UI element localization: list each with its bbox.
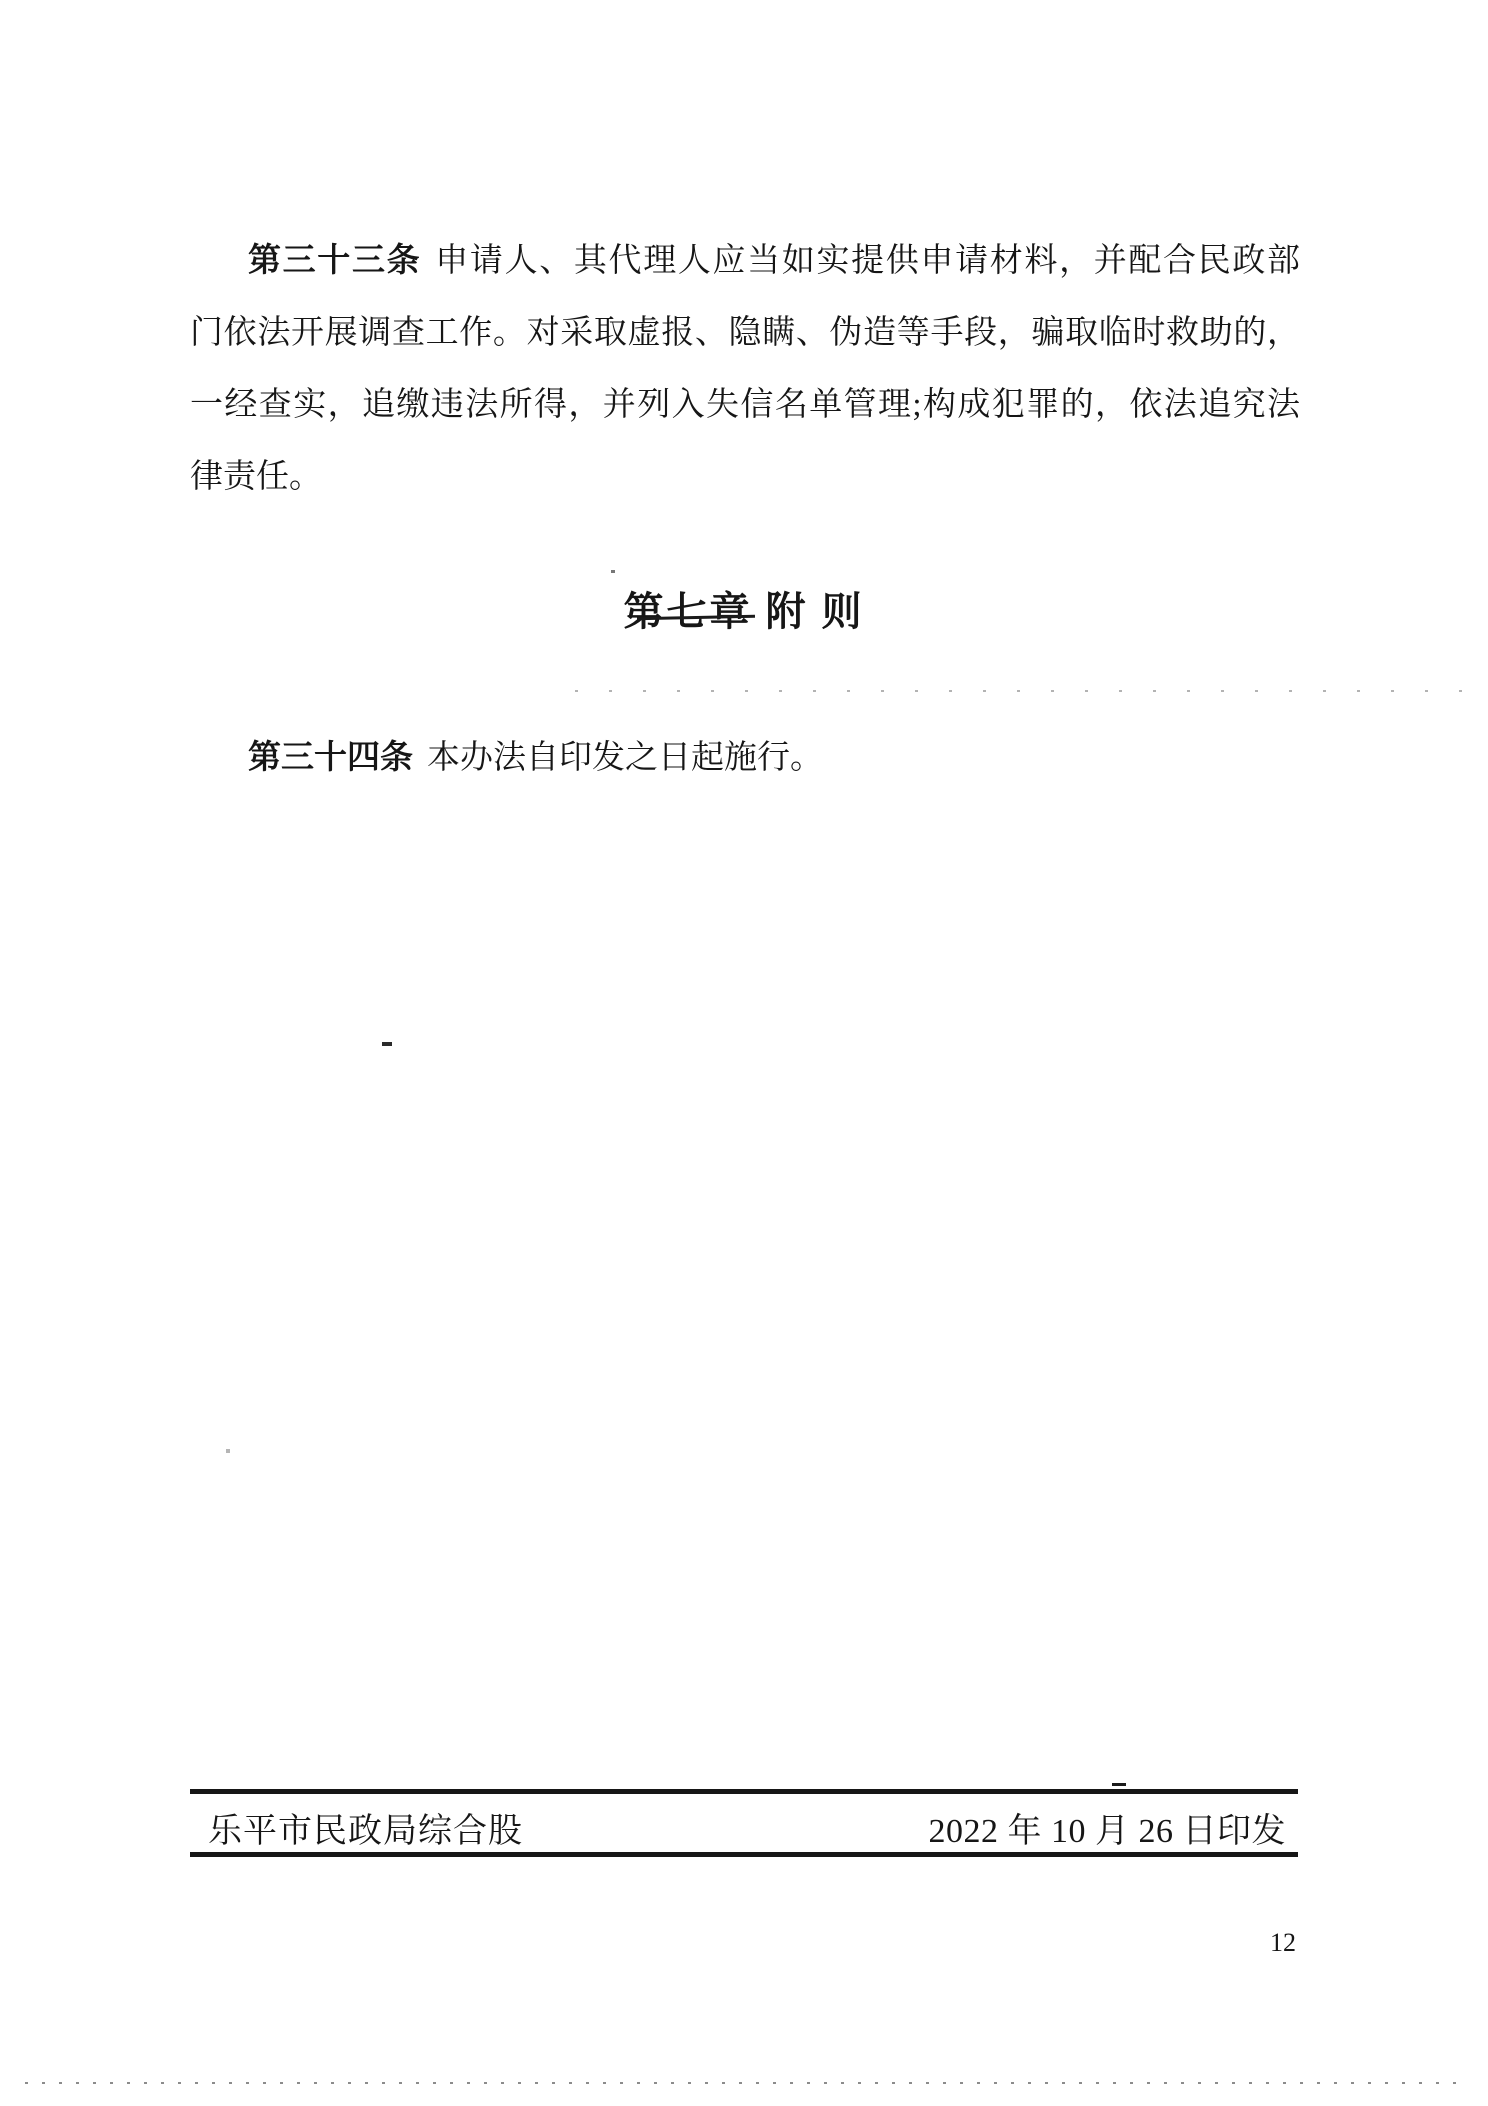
footer-print-date: 2022 年 10 月 26 日印发 <box>929 1811 1287 1852</box>
scan-artifact-speck <box>611 570 615 573</box>
article-33-line-1-text: 申请人、其代理人应当如实提供申请材料，并配合民政部 <box>435 243 1300 279</box>
scan-artifact-speck <box>226 1449 230 1453</box>
article-34-text: 本办法自印发之日起施行。 <box>427 740 823 776</box>
chapter-7-heading: 第七章 附 则 <box>0 588 1488 636</box>
scan-artifact-speck <box>1112 1783 1126 1786</box>
article-33-number: 第三十三条 <box>248 243 421 279</box>
scan-artifact-dotted-line-under-heading <box>575 690 1480 692</box>
page-number: 12 <box>1270 1928 1296 1958</box>
article-34-paragraph: 第三十四条本办法自印发之日起施行。 <box>190 723 1300 793</box>
footer-row: 乐平市民政局综合股 2022 年 10 月 26 日印发 <box>190 1794 1298 1852</box>
scan-artifact-speck <box>382 1042 392 1046</box>
footer-issue-block: 乐平市民政局综合股 2022 年 10 月 26 日印发 <box>190 1789 1298 1857</box>
scanned-document-page: 第三十三条申请人、其代理人应当如实提供申请材料，并配合民政部 门依法开展调查工作… <box>0 0 1488 2106</box>
footer-issuing-office: 乐平市民政局综合股 <box>208 1811 523 1852</box>
footer-bottom-rule <box>190 1852 1298 1857</box>
article-34-number: 第三十四条 <box>248 740 413 776</box>
article-33-line-2: 门依法开展调查工作。对采取虚报、隐瞒、伪造等手段，骗取临时救助的， <box>190 297 1300 369</box>
article-33-line-3: 一经查实，追缴违法所得，并列入失信名单管理;构成犯罪的，依法追究法 <box>190 369 1300 441</box>
article-33-line-4: 律责任。 <box>190 441 1300 513</box>
article-33-line-1: 第三十三条申请人、其代理人应当如实提供申请材料，并配合民政部 <box>190 225 1300 297</box>
article-33-paragraph: 第三十三条申请人、其代理人应当如实提供申请材料，并配合民政部 门依法开展调查工作… <box>190 225 1300 513</box>
scan-artifact-dotted-line-bottom-edge <box>25 2082 1465 2084</box>
